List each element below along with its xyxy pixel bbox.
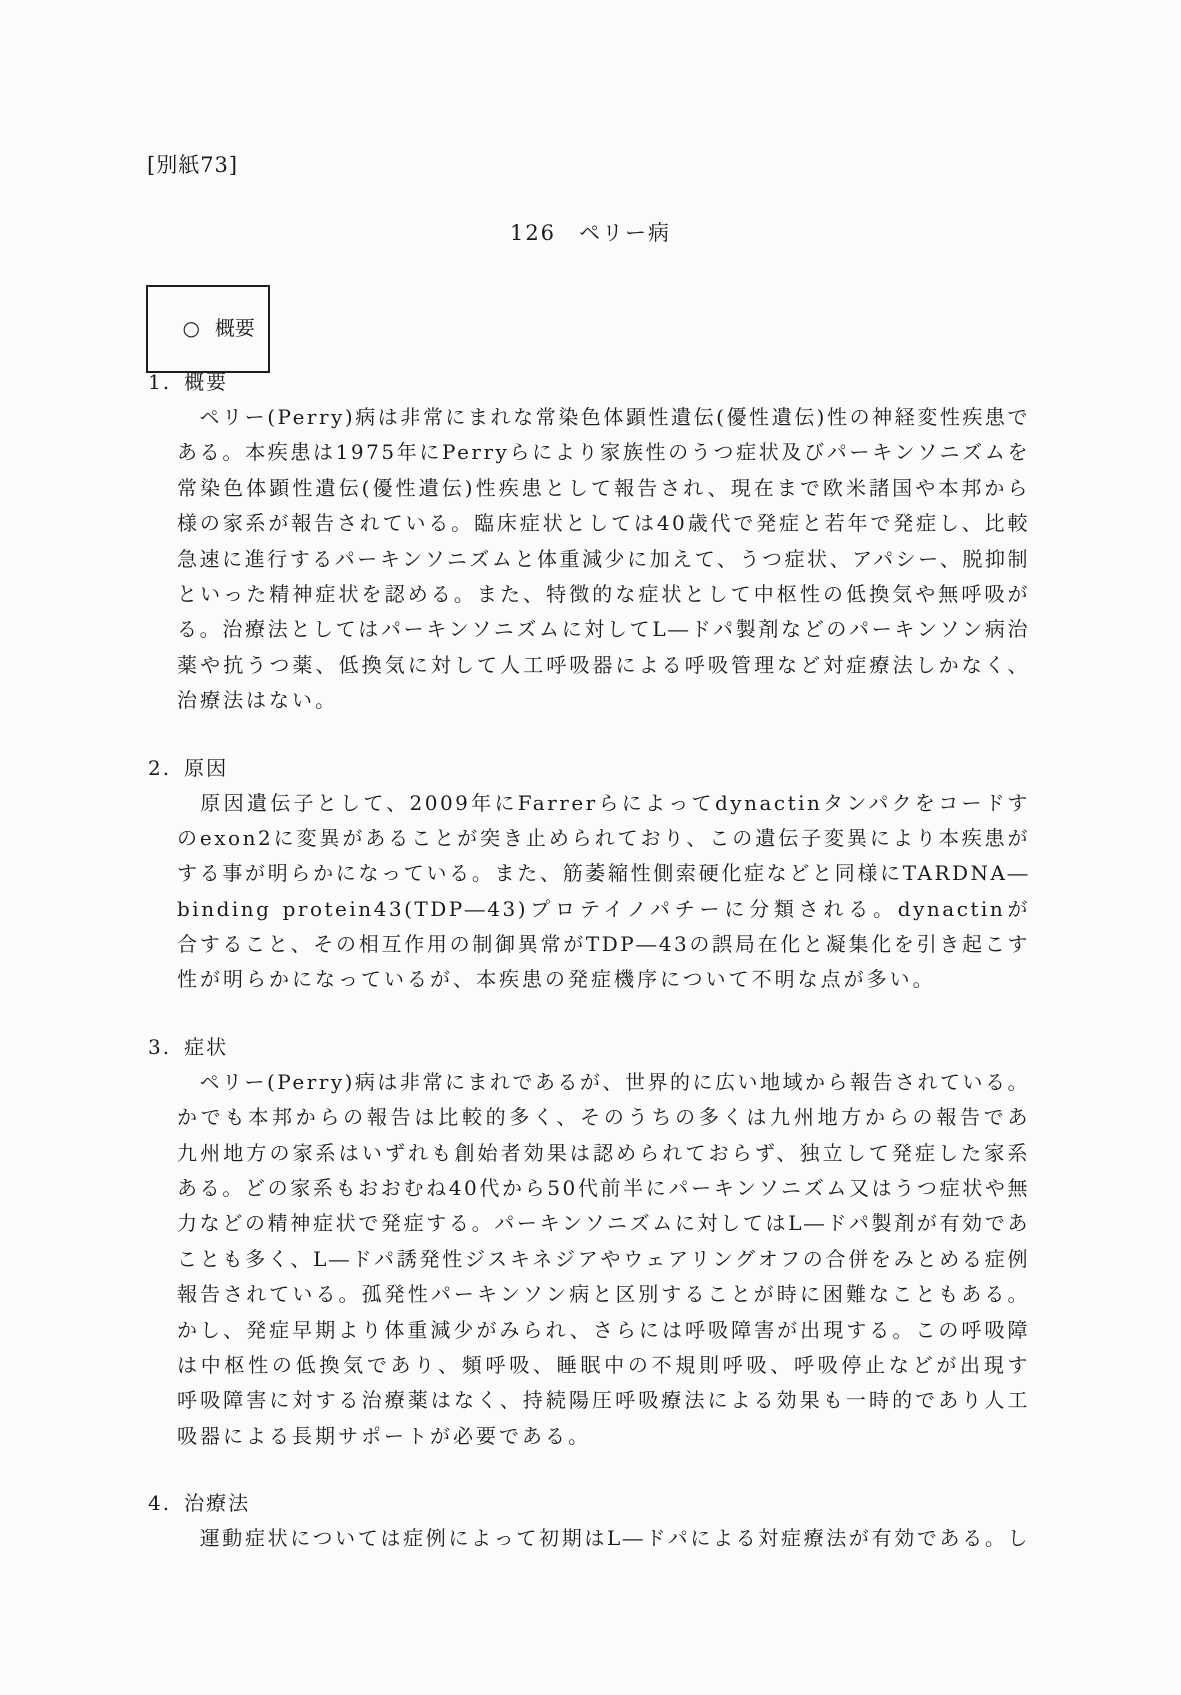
text-line: といった精神症状を認める。また、特徴的な症状として中枢性の低換気や無呼吸があ <box>177 577 1030 612</box>
section-title: 原因 <box>184 756 228 780</box>
overview-box-label: 概要 <box>215 316 255 340</box>
text-line: かでも本邦からの報告は比較的多く、そのうちの多くは九州地方からの報告である。 <box>177 1100 1030 1135</box>
section-paragraph: ペリー(Perry)病は非常にまれであるが、世界的に広い地域から報告されている。… <box>177 1065 1030 1454</box>
section-paragraph: ペリー(Perry)病は非常にまれな常染色体顕性遺伝(優性遺伝)性の神経変性疾患… <box>177 400 1030 719</box>
section-title: 概要 <box>184 370 228 394</box>
text-line: 治療法はない。 <box>177 683 1030 718</box>
section-number: 4. <box>148 1491 171 1515</box>
text-line: 常染色体顕性遺伝(優性遺伝)性疾患として報告され、現在まで欧米諸国や本邦から同 <box>177 471 1030 506</box>
text-line: ある。どの家系もおおむね40代から50代前半にパーキンソニズム又はうつ症状や無気 <box>177 1171 1030 1206</box>
text-line: 薬や抗うつ薬、低換気に対して人工呼吸器による呼吸管理など対症療法しかなく、根 <box>177 648 1030 683</box>
overview-box: ○概要 <box>146 285 270 373</box>
section-heading: 3.症状 <box>148 1029 1032 1065</box>
text-line: かし、発症早期より体重減少がみられ、さらには呼吸障害が出現する。この呼吸障害 <box>177 1313 1030 1348</box>
text-line: 急速に進行するパーキンソニズムと体重減少に加えて、うつ症状、アパシー、脱抑制 <box>177 542 1030 577</box>
text-line: のexon2に変異があることが突き止められており、この遺伝子変異により本疾患が発… <box>177 821 1030 856</box>
text-line: 様の家系が報告されている。臨床症状としては40歳代で発症と若年で発症し、比較的 <box>177 506 1030 541</box>
section-4: 4.治療法 運動症状については症例によって初期はL―ドパによる対症療法が有効であ… <box>148 1485 1032 1556</box>
section-heading: 1.概要 <box>148 364 1032 400</box>
text-line: 九州地方の家系はいずれも創始者効果は認められておらず、独立して発症した家系で <box>177 1136 1030 1171</box>
section-paragraph: 運動症状については症例によって初期はL―ドパによる対症療法が有効である。しか <box>177 1521 1030 1556</box>
section-paragraph: 原因遺伝子として、2009年にFarrerらによってdynactinタンパクをコ… <box>177 786 1030 998</box>
text-line: ペリー(Perry)病は非常にまれであるが、世界的に広い地域から報告されている。… <box>177 1065 1030 1100</box>
circle-marker: ○ <box>182 316 199 340</box>
text-line: る。治療法としてはパーキンソニズムに対してL―ドパ製剤などのパーキンソン病治療 <box>177 612 1030 647</box>
section-title: 症状 <box>184 1035 228 1059</box>
text-line: は中枢性の低換気であり、頻呼吸、睡眠中の不規則呼吸、呼吸停止などが出現する。 <box>177 1348 1030 1383</box>
text-line: 報告されている。孤発性パーキンソン病と区別することが時に困難なこともある。し <box>177 1277 1030 1312</box>
section-3: 3.症状 ペリー(Perry)病は非常にまれであるが、世界的に広い地域から報告さ… <box>148 1029 1032 1454</box>
text-line: 呼吸障害に対する治療薬はなく、持続陽圧呼吸療法による効果も一時的であり人工呼 <box>177 1383 1030 1418</box>
document-title: 126 ペリー病 <box>0 217 1181 247</box>
section-title: 治療法 <box>184 1491 250 1515</box>
document-page: [別紙73] 126 ペリー病 ○概要 1.概要 ペリー(Perry)病は非常に… <box>0 0 1181 1695</box>
section-heading: 2.原因 <box>148 750 1032 786</box>
text-line: 合すること、その相互作用の制御異常がTDP―43の誤局在化と凝集化を引き起こす可… <box>177 927 1030 962</box>
document-body: 1.概要 ペリー(Perry)病は非常にまれな常染色体顕性遺伝(優性遺伝)性の神… <box>148 364 1032 1557</box>
text-line: 吸器による長期サポートが必要である。 <box>177 1419 1030 1454</box>
section-number: 1. <box>148 370 171 394</box>
text-line: 力などの精神症状で発症する。パーキンソニズムに対してはL―ドパ製剤が有効である <box>177 1206 1030 1241</box>
text-line: 運動症状については症例によって初期はL―ドパによる対症療法が有効である。しか <box>177 1521 1030 1556</box>
text-line: ペリー(Perry)病は非常にまれな常染色体顕性遺伝(優性遺伝)性の神経変性疾患… <box>177 400 1030 435</box>
text-line: する事が明らかになっている。また、筋萎縮性側索硬化症などと同様にTARDNA― <box>177 856 1030 891</box>
text-line: 原因遺伝子として、2009年にFarrerらによってdynactinタンパクをコ… <box>177 786 1030 821</box>
attachment-label: [別紙73] <box>147 149 238 179</box>
text-line: 性が明らかになっているが、本疾患の発症機序について不明な点が多い。 <box>177 962 1030 997</box>
section-2: 2.原因 原因遺伝子として、2009年にFarrerらによってdynactinタ… <box>148 750 1032 998</box>
text-line: binding protein43(TDP―43)プロテイノパチーに分類される。… <box>177 892 1030 927</box>
section-1: 1.概要 ペリー(Perry)病は非常にまれな常染色体顕性遺伝(優性遺伝)性の神… <box>148 364 1032 719</box>
section-number: 3. <box>148 1035 171 1059</box>
text-line: ある。本疾患は1975年にPerryらにより家族性のうつ症状及びパーキンソニズム… <box>177 435 1030 470</box>
section-heading: 4.治療法 <box>148 1485 1032 1521</box>
section-number: 2. <box>148 756 171 780</box>
text-line: ことも多く、L―ドパ誘発性ジスキネジアやウェアリングオフの合併をみとめる症例も <box>177 1242 1030 1277</box>
